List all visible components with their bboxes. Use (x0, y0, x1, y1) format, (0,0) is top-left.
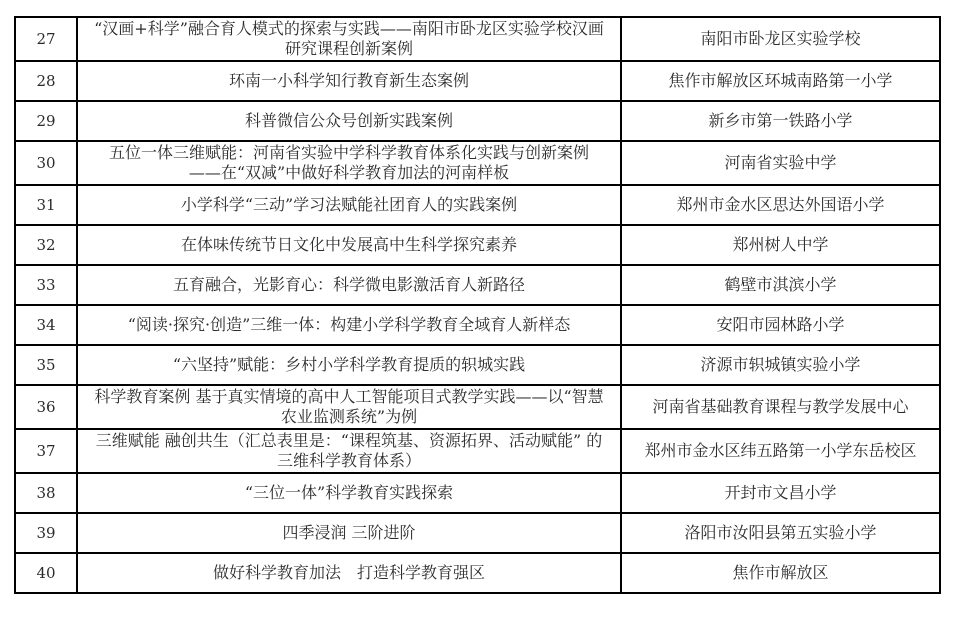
table-row: 30 五位一体三维赋能：河南省实验中学科学教育体系化实践与创新案例 ——在“双减… (15, 141, 940, 185)
org-cell: 洛阳市汝阳县第五实验小学 (621, 513, 940, 553)
table-row: 36 科学教育案例 基于真实情境的高中人工智能项目式教学实践——以“智慧 农业监… (15, 385, 940, 429)
org-cell: 郑州树人中学 (621, 225, 940, 265)
table-row: 35 “六坚持”赋能：乡村小学科学教育提质的轵城实践 济源市轵城镇实验小学 (15, 345, 940, 385)
table-row: 29 科普微信公众号创新实践案例 新乡市第一铁路小学 (15, 101, 940, 141)
org-cell: 郑州市金水区纬五路第一小学东岳校区 (621, 429, 940, 473)
row-number-cell: 40 (15, 553, 77, 593)
org-cell: 焦作市解放区 (621, 553, 940, 593)
table-row: 27 “汉画+科学”融合育人模式的探索与实践——南阳市卧龙区实验学校汉画 研究课… (15, 17, 940, 61)
case-title-cell: “阅读·探究·创造”三维一体：构建小学科学教育全域育人新样态 (77, 305, 621, 345)
table-row: 33 五育融合，光影育心：科学微电影激活育人新路径 鹤壁市淇滨小学 (15, 265, 940, 305)
case-title-cell: “六坚持”赋能：乡村小学科学教育提质的轵城实践 (77, 345, 621, 385)
row-number-cell: 39 (15, 513, 77, 553)
row-number-cell: 32 (15, 225, 77, 265)
row-number-cell: 30 (15, 141, 77, 185)
case-title-cell: 做好科学教育加法 打造科学教育强区 (77, 553, 621, 593)
case-title-cell: 科普微信公众号创新实践案例 (77, 101, 621, 141)
row-number-cell: 28 (15, 61, 77, 101)
table-row: 32 在体味传统节日文化中发展高中生科学探究素养 郑州树人中学 (15, 225, 940, 265)
table-body: 27 “汉画+科学”融合育人模式的探索与实践——南阳市卧龙区实验学校汉画 研究课… (15, 17, 940, 593)
row-number-cell: 38 (15, 473, 77, 513)
row-number-cell: 31 (15, 185, 77, 225)
table-row: 37 三维赋能 融创共生（汇总表里是：“课程筑基、资源拓界、活动赋能” 的 三维… (15, 429, 940, 473)
org-cell: 南阳市卧龙区实验学校 (621, 17, 940, 61)
case-title-cell: 五育融合，光影育心：科学微电影激活育人新路径 (77, 265, 621, 305)
table-row: 34 “阅读·探究·创造”三维一体：构建小学科学教育全域育人新样态 安阳市园林路… (15, 305, 940, 345)
case-title-cell: 在体味传统节日文化中发展高中生科学探究素养 (77, 225, 621, 265)
org-cell: 安阳市园林路小学 (621, 305, 940, 345)
org-cell: 鹤壁市淇滨小学 (621, 265, 940, 305)
org-cell: 郑州市金水区思达外国语小学 (621, 185, 940, 225)
org-cell: 济源市轵城镇实验小学 (621, 345, 940, 385)
table-row: 38 “三位一体”科学教育实践探索 开封市文昌小学 (15, 473, 940, 513)
org-cell: 河南省实验中学 (621, 141, 940, 185)
document-page: 27 “汉画+科学”融合育人模式的探索与实践——南阳市卧龙区实验学校汉画 研究课… (0, 0, 961, 617)
row-number-cell: 34 (15, 305, 77, 345)
case-title-cell: “汉画+科学”融合育人模式的探索与实践——南阳市卧龙区实验学校汉画 研究课程创新… (77, 17, 621, 61)
case-title-cell: 四季浸润 三阶进阶 (77, 513, 621, 553)
cases-table: 27 “汉画+科学”融合育人模式的探索与实践——南阳市卧龙区实验学校汉画 研究课… (14, 16, 941, 594)
table-row: 31 小学科学“三动”学习法赋能社团育人的实践案例 郑州市金水区思达外国语小学 (15, 185, 940, 225)
row-number-cell: 33 (15, 265, 77, 305)
case-title-cell: 三维赋能 融创共生（汇总表里是：“课程筑基、资源拓界、活动赋能” 的 三维科学教… (77, 429, 621, 473)
table-row: 40 做好科学教育加法 打造科学教育强区 焦作市解放区 (15, 553, 940, 593)
table-row: 39 四季浸润 三阶进阶 洛阳市汝阳县第五实验小学 (15, 513, 940, 553)
row-number-cell: 27 (15, 17, 77, 61)
row-number-cell: 37 (15, 429, 77, 473)
case-title-cell: 环南一小科学知行教育新生态案例 (77, 61, 621, 101)
org-cell: 河南省基础教育课程与教学发展中心 (621, 385, 940, 429)
org-cell: 开封市文昌小学 (621, 473, 940, 513)
case-title-cell: 五位一体三维赋能：河南省实验中学科学教育体系化实践与创新案例 ——在“双减”中做… (77, 141, 621, 185)
case-title-cell: “三位一体”科学教育实践探索 (77, 473, 621, 513)
row-number-cell: 35 (15, 345, 77, 385)
org-cell: 新乡市第一铁路小学 (621, 101, 940, 141)
table-row: 28 环南一小科学知行教育新生态案例 焦作市解放区环城南路第一小学 (15, 61, 940, 101)
row-number-cell: 29 (15, 101, 77, 141)
case-title-cell: 小学科学“三动”学习法赋能社团育人的实践案例 (77, 185, 621, 225)
org-cell: 焦作市解放区环城南路第一小学 (621, 61, 940, 101)
row-number-cell: 36 (15, 385, 77, 429)
case-title-cell: 科学教育案例 基于真实情境的高中人工智能项目式教学实践——以“智慧 农业监测系统… (77, 385, 621, 429)
